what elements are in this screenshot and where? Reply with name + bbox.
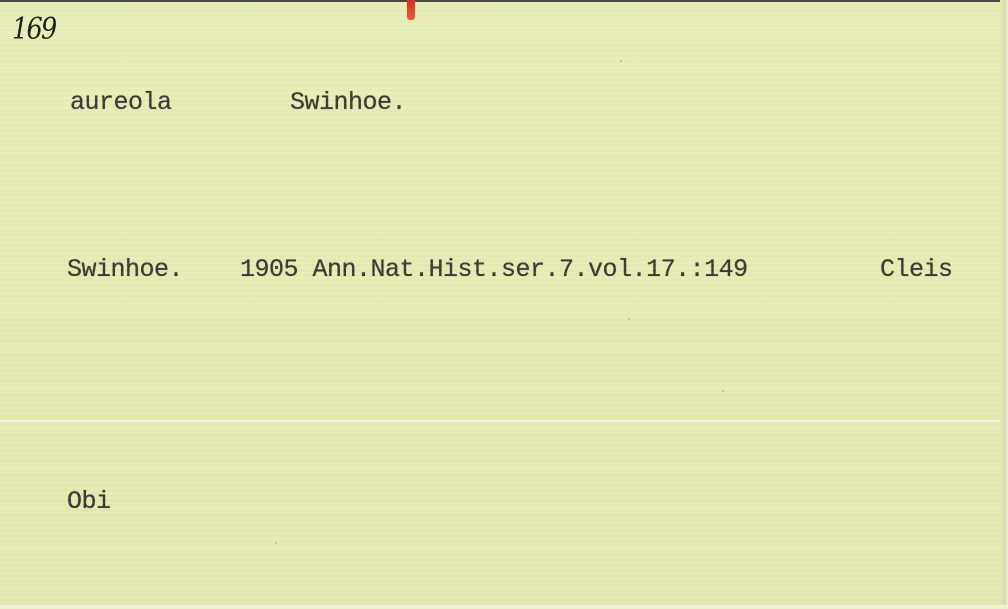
paper-speck: [722, 390, 724, 392]
card-fold-line: [0, 420, 1008, 422]
reference-citation: 1905 Ann.Nat.Hist.ser.7.vol.17.:149: [240, 255, 748, 284]
card-bottom-edge: [0, 605, 1008, 609]
card-number: 169: [12, 12, 56, 47]
reference-author: Swinhoe.: [67, 255, 183, 284]
paper-speck: [628, 318, 630, 320]
red-tab-marker: [407, 0, 415, 20]
locality: Obi: [67, 487, 111, 516]
paper-speck: [620, 60, 622, 62]
genus-name: Cleis: [880, 255, 953, 284]
index-card: 169 aureola Swinhoe. Swinhoe. 1905 Ann.N…: [0, 2, 1008, 607]
card-right-edge: [1000, 0, 1008, 609]
paper-speck: [275, 542, 277, 544]
species-author: Swinhoe.: [290, 88, 406, 117]
species-name: aureola: [70, 88, 172, 117]
